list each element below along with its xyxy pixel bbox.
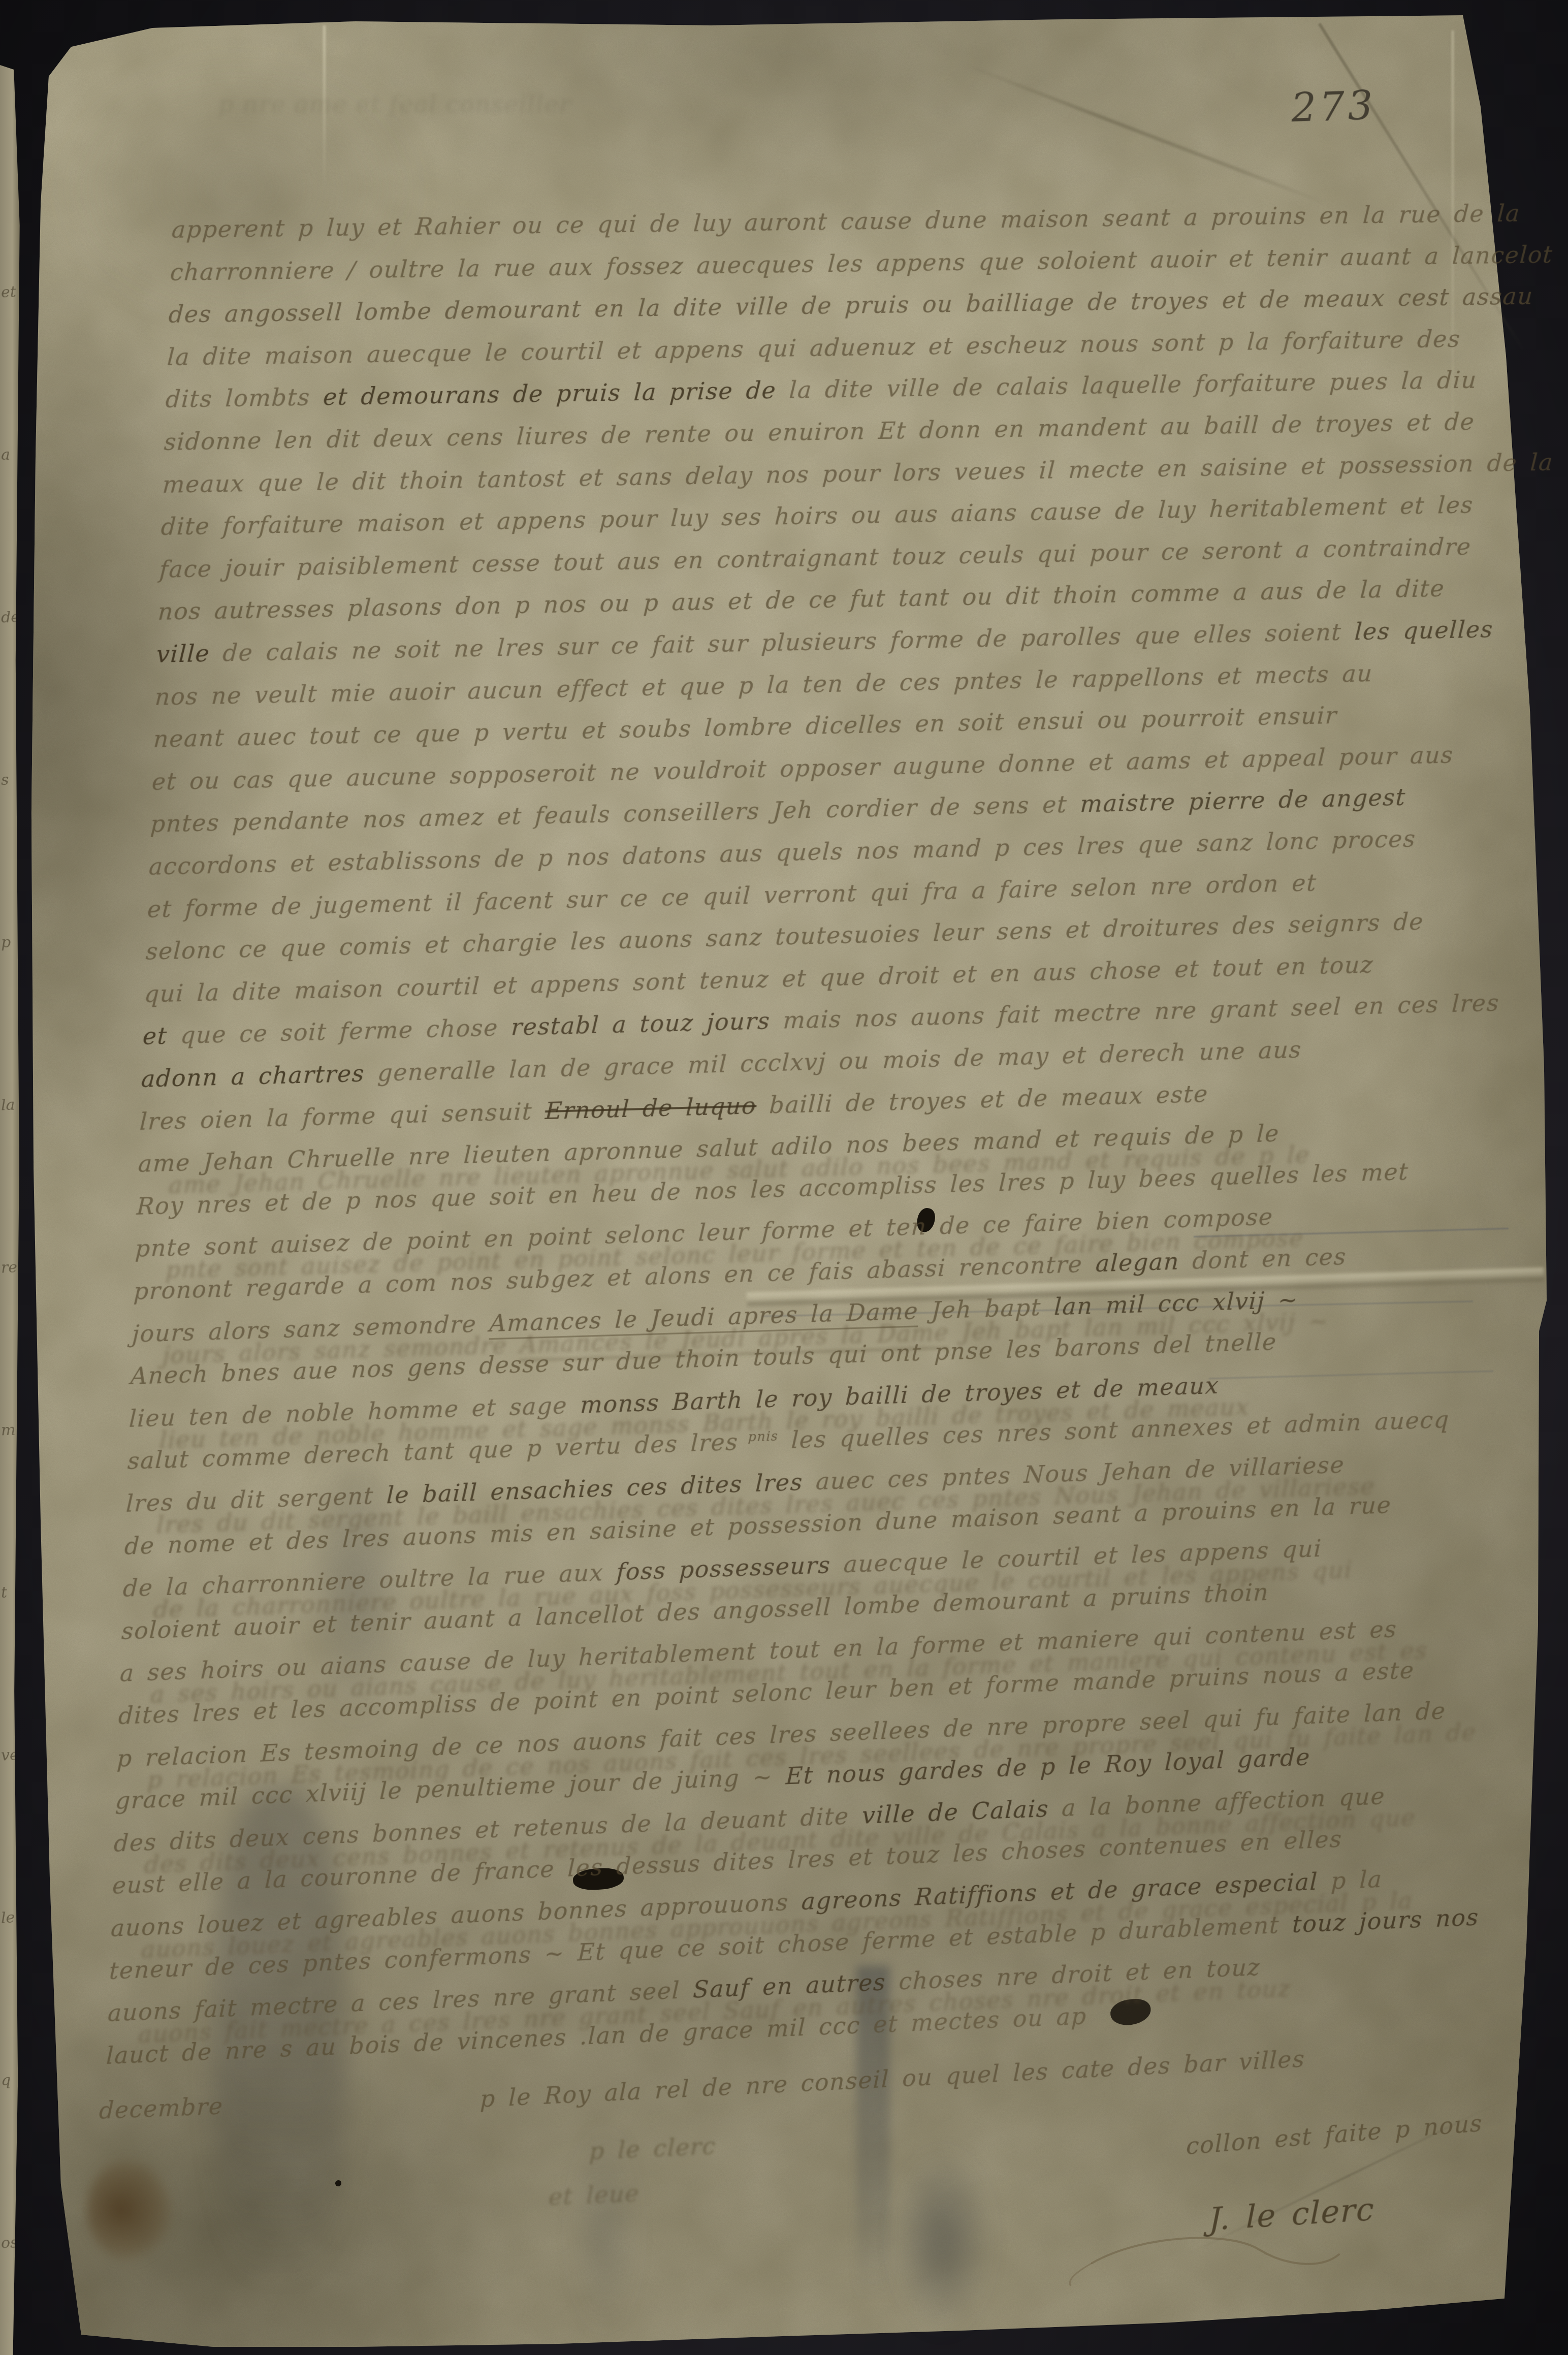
signature-flourish [0, 0, 1568, 2355]
book-photograph: etadesplaremtveleqos p nre ame et feal c… [0, 0, 1568, 2355]
